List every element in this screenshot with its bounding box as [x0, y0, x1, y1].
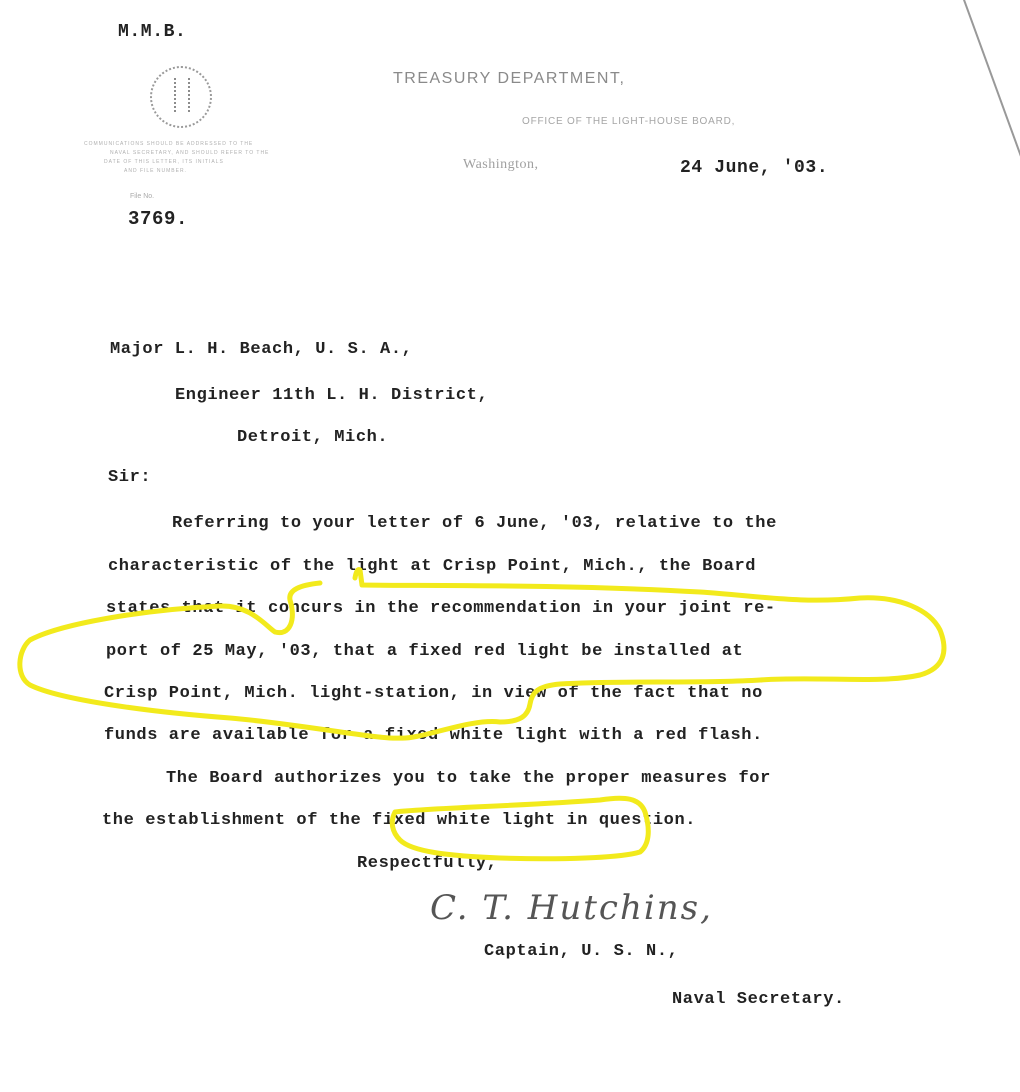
letter-page: M.M.B. COMMUNICATIONS SHOULD BE ADDRESSE…: [0, 0, 1020, 1092]
body-line: funds are available for a fixed white li…: [104, 726, 763, 745]
file-number: 3769.: [128, 208, 188, 230]
body-line: Referring to your letter of 6 June, '03,…: [172, 514, 777, 533]
body-line: characteristic of the light at Crisp Poi…: [108, 557, 756, 576]
signer-position: Naval Secretary.: [672, 990, 845, 1009]
body-line: the establishment of the fixed white lig…: [102, 811, 696, 830]
letterhead-city: Washington,: [463, 157, 539, 173]
body-line: The Board authorizes you to take the pro…: [166, 769, 771, 788]
signature: C. T. Hutchins,: [430, 888, 713, 928]
file-number-label: File No.: [130, 193, 154, 200]
recipient-title: Engineer 11th L. H. District,: [175, 386, 488, 405]
fine-print-line: COMMUNICATIONS SHOULD BE ADDRESSED TO TH…: [84, 141, 253, 147]
fine-print-line: NAVAL SECRETARY, AND SHOULD REFER TO THE: [110, 150, 269, 156]
letterhead-office: OFFICE OF THE LIGHT-HOUSE BOARD,: [522, 116, 735, 127]
letterhead-department: TREASURY DEPARTMENT,: [393, 70, 625, 88]
recipient-name: Major L. H. Beach, U. S. A.,: [110, 340, 412, 359]
body-line: Crisp Point, Mich. light-station, in vie…: [104, 684, 763, 703]
letter-date: 24 June, '03.: [680, 158, 828, 178]
fine-print-line: DATE OF THIS LETTER, ITS INITIALS: [104, 159, 224, 165]
body-line: states that it concurs in the recommenda…: [106, 599, 776, 618]
recipient-location: Detroit, Mich.: [237, 428, 388, 447]
fine-print-line: AND FILE NUMBER.: [124, 168, 187, 174]
salutation: Sir:: [108, 468, 151, 487]
page-edge-shadow: [963, 0, 1020, 160]
initials: M.M.B.: [118, 22, 186, 42]
signer-rank: Captain, U. S. N.,: [484, 942, 678, 961]
lighthouse-seal-icon: [150, 66, 212, 128]
body-line: port of 25 May, '03, that a fixed red li…: [106, 642, 743, 661]
closing: Respectfully,: [357, 854, 497, 873]
